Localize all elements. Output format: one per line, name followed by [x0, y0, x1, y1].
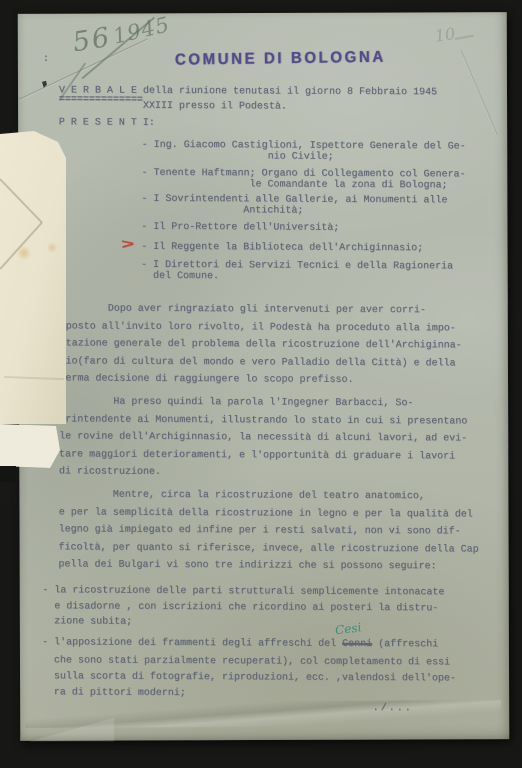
attendee-item: - Il Pro-Rettore dell'Università; — [141, 222, 339, 234]
attendee-item: - Ing. Giacomo Castiglioni, Ispettore Ge… — [142, 140, 466, 164]
continuation-mark: ./... — [373, 703, 413, 714]
paragraph: Ha preso quindi la parola l'Ingegner Bar… — [59, 393, 468, 483]
document-page: COMUNE DI BOLOGNA 56 1945 10 : > V E R B… — [18, 12, 510, 741]
option-item: - la ricostruzione delle parti struttura… — [42, 583, 444, 632]
envelope-fold — [0, 178, 43, 223]
attendee-item-marked: - Il Reggente la Biblioteca dell'Archigi… — [141, 242, 423, 254]
attendee-item: - I Sovrintendenti alle Gallerie, ai Mon… — [141, 194, 447, 218]
paragraph: Dopo aver ringraziato gli intervenuti pe… — [59, 300, 462, 390]
attendee-item: - I Direttori dei Servizi Tecnici e dell… — [141, 260, 453, 284]
presenti-label: P R E S E N T I: — [59, 117, 155, 129]
attendee-item: - Tenente Haftmann; Organo di Collegamen… — [141, 168, 465, 192]
photo-backdrop: COMUNE DI BOLOGNA 56 1945 10 : > V E R B… — [0, 0, 522, 768]
option-item-continuation: che sono stati parzialmente recuperati),… — [42, 653, 456, 703]
option-text: - l'apposizione dei frammenti degli affr… — [42, 637, 342, 650]
paragraph: Mentre, circa la ricostruzione del teatr… — [58, 486, 479, 576]
option-text: (affreschi — [372, 639, 438, 650]
envelope-fold — [4, 376, 64, 380]
paper-strip — [0, 424, 60, 468]
envelope — [0, 126, 66, 424]
option-item: - l'apposizione dei frammenti degli affr… — [42, 637, 438, 650]
typed-text-layer: V E R B A L E della riunione tenutasi il… — [15, 10, 508, 740]
backdrop-notch — [0, 466, 16, 482]
handwritten-correction: Cesi — [334, 620, 362, 637]
verbale-heading-line2: XXIII presso il Podestà. — [59, 100, 287, 112]
envelope-stain — [16, 246, 32, 260]
envelope-stain — [46, 242, 58, 253]
strikethrough-name: Cenni — [342, 639, 372, 650]
